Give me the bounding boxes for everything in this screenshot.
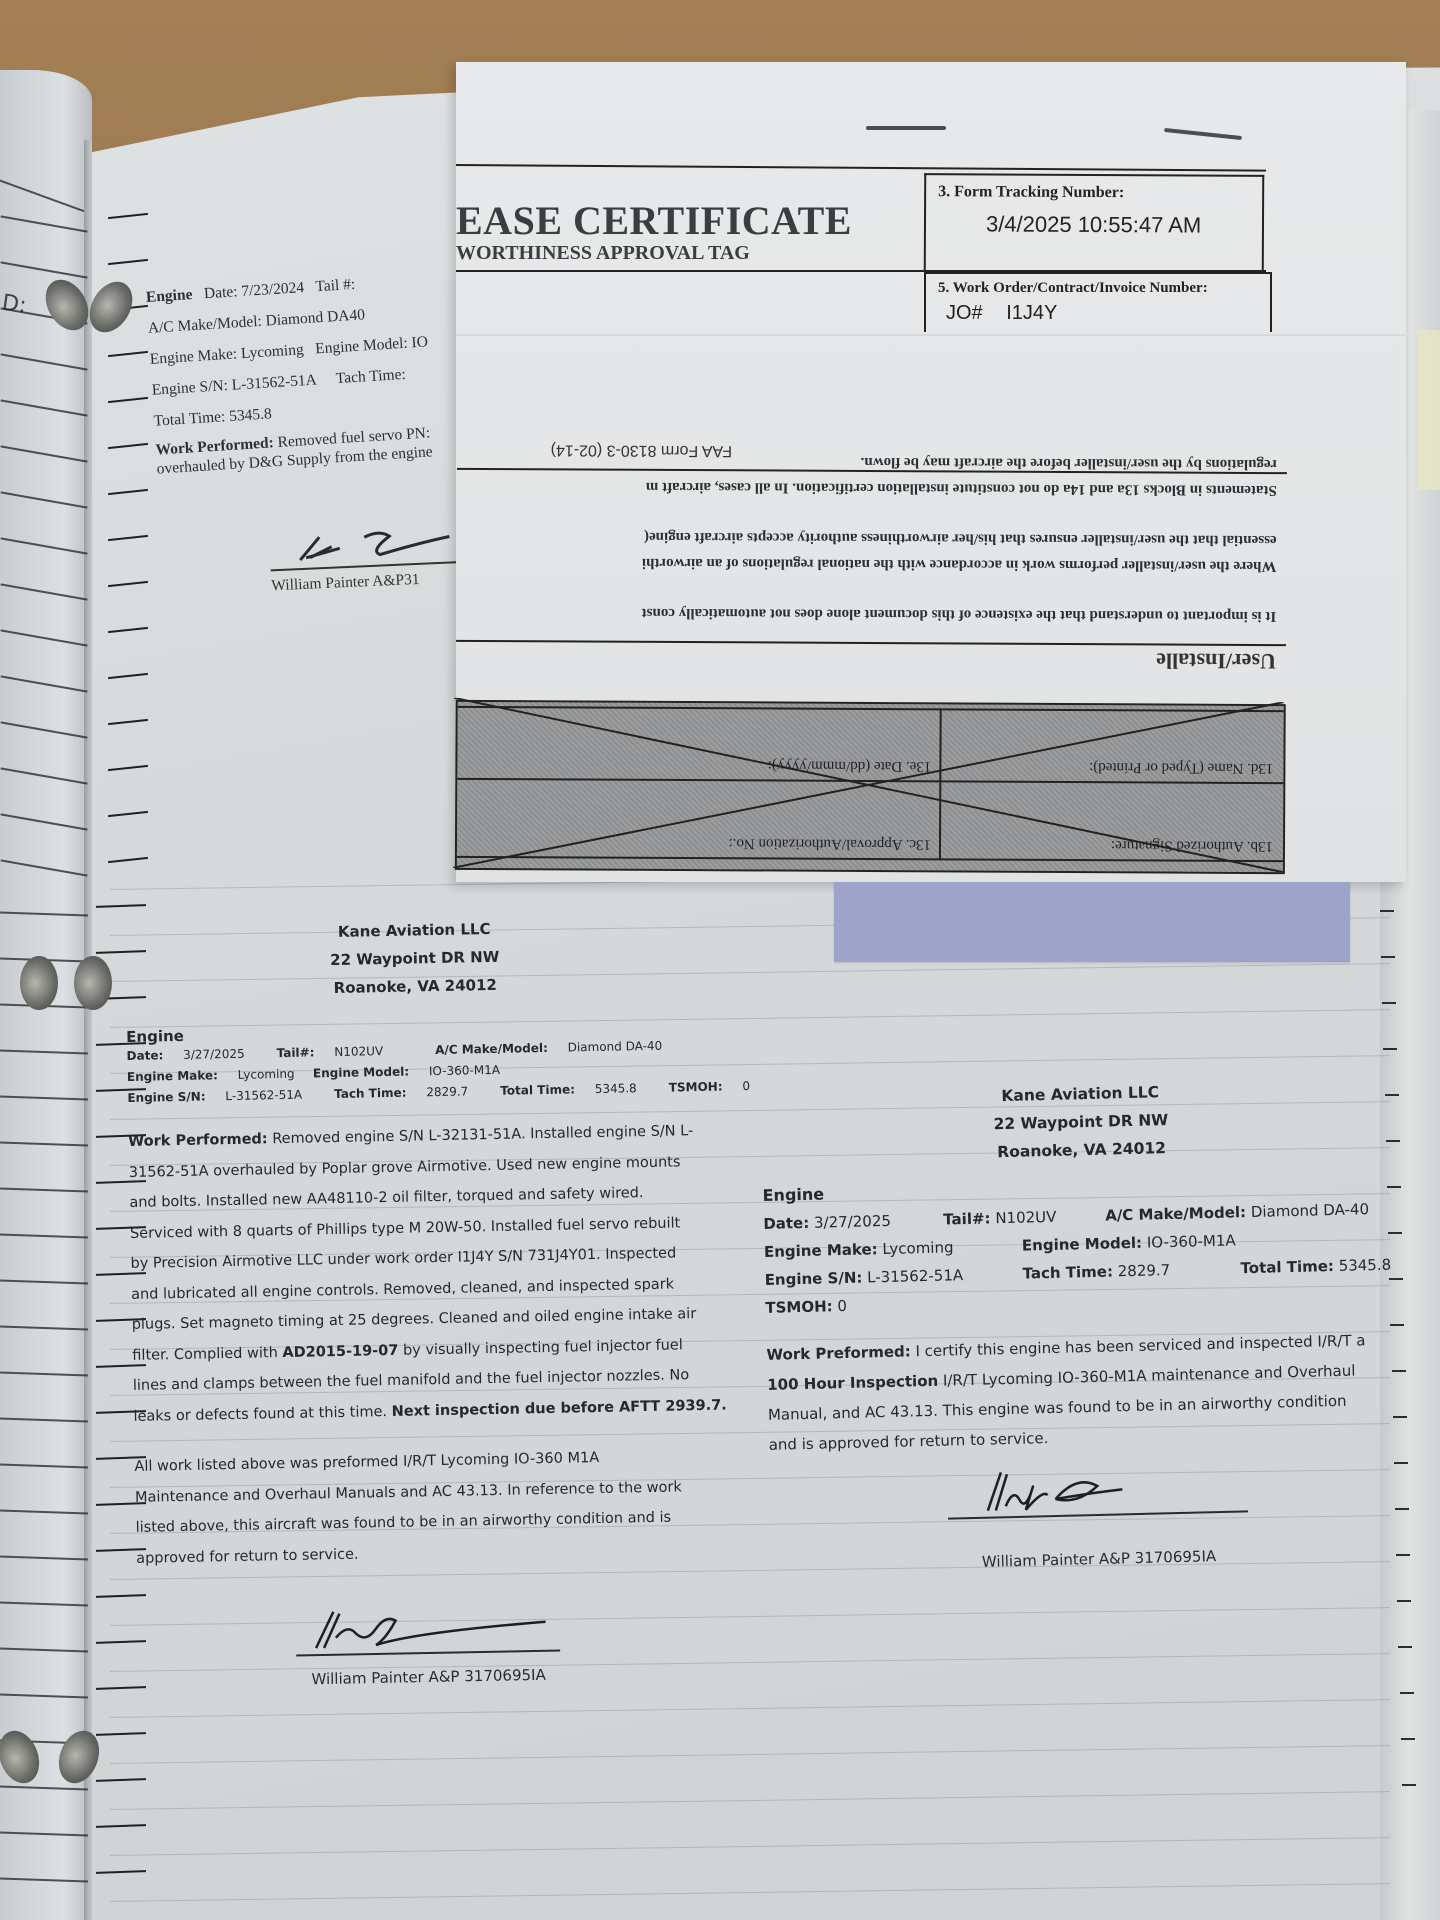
signature-block: William Painter A&P 3170695IA <box>295 1599 561 1688</box>
entry-aircraft-model: Diamond DA-40 <box>568 1039 663 1055</box>
margin-rule <box>1400 1692 1414 1694</box>
work-order-label: 5. Work Order/Contract/Invoice Number: <box>938 280 1208 297</box>
entry-engine-make: Engine Make: Lycoming <box>149 341 304 368</box>
work-order-block: 5. Work Order/Contract/Invoice Number: J… <box>924 272 1272 332</box>
entry-date: 3/27/2025 <box>814 1212 891 1232</box>
binder-ring-icon <box>20 956 58 1010</box>
signature-icon <box>268 511 470 570</box>
paper-fold <box>456 334 1406 336</box>
certificate-subtitle: WORTHINESS APPROVAL TAG <box>456 242 750 265</box>
entry-date: Date: 7/23/2024 <box>203 279 304 302</box>
next-inspection-due: Next inspection due before AFTT 2939.7. <box>392 1397 727 1419</box>
entry-total-time: 5345.8 <box>595 1081 637 1096</box>
entry-tail-number: N102UV <box>995 1208 1057 1227</box>
divider <box>866 126 946 130</box>
margin-rule <box>1402 1784 1416 1786</box>
notice-line: It is important to understand that the e… <box>446 599 1276 629</box>
blue-sticky-note <box>834 882 1350 962</box>
form-tracking-label: 3. Form Tracking Number: <box>938 183 1124 202</box>
margin-rule <box>1380 910 1394 912</box>
entry-tach-time: 2829.7 <box>1118 1261 1171 1280</box>
blocks-13-crossed-out: 13b. Authorized Signature: 13c. Approval… <box>455 700 1286 874</box>
entry-engine-model: Engine Model: IO <box>315 333 429 357</box>
block-13b-label: 13b. Authorized Signature: <box>1111 836 1273 854</box>
binder-ring-icon <box>74 956 112 1010</box>
block-13d-label: 13d. Name (Typed or Printed): <box>1089 758 1273 776</box>
form-tracking-block: 3. Form Tracking Number: 3/4/2025 10:55:… <box>924 173 1265 273</box>
logbook-entry-100-hour: Kane Aviation LLC 22 Waypoint DR NW Roan… <box>760 1072 1419 1460</box>
notice-line: Statements in Blocks 13a and 14a do not … <box>447 473 1277 503</box>
divider <box>456 640 1286 646</box>
logbook-entry-engine-install: Kane Aviation LLC 22 Waypoint DR NW Roan… <box>124 910 756 1574</box>
return-to-service-statement: All work listed above was preformed I/R/… <box>134 1440 756 1574</box>
signature-line <box>296 1649 560 1656</box>
entry-heading: Engine <box>145 286 192 306</box>
user-installer-notice: It is important to understand that the e… <box>446 447 1277 629</box>
sticky-tab <box>1418 330 1440 490</box>
notice-line: Where the user/installer performs work i… <box>446 549 1276 579</box>
certificate-title: EASE CERTIFICATE <box>456 197 852 244</box>
entry-tach-time: Tach Time: <box>335 366 406 387</box>
entry-tail-number: N102UV <box>334 1044 383 1059</box>
faa-8130-certificate: EASE CERTIFICATE WORTHINESS APPROVAL TAG… <box>456 62 1406 882</box>
margin-rule <box>1395 1508 1409 1510</box>
entry-tail: Tail #: <box>315 276 356 295</box>
margin-rule <box>1401 1738 1415 1740</box>
entry-total-time: 5345.8 <box>1338 1256 1391 1275</box>
notice-line: essential that the user/installer ensure… <box>447 523 1277 553</box>
margin-rule <box>1394 1462 1408 1464</box>
page-field-label: D: <box>0 290 28 318</box>
entry-aircraft-model: Diamond DA-40 <box>1251 1200 1370 1221</box>
work-performed: Work Performed: Removed engine S/N L-321… <box>128 1115 734 1431</box>
margin-rule <box>1381 956 1395 958</box>
entry-engine-make: Lycoming <box>882 1238 954 1258</box>
entry-tach-time: 2829.7 <box>426 1084 468 1099</box>
divider <box>456 164 1266 172</box>
entry-engine-model: IO-360-M1A <box>429 1063 500 1078</box>
divider <box>1164 128 1242 140</box>
certificate-back-upside-down: 13b. Authorized Signature: 13c. Approval… <box>455 430 1287 874</box>
entry-engine-sn: L-31562-51A <box>867 1266 963 1286</box>
signature-icon <box>295 1599 560 1650</box>
margin-rule <box>1398 1646 1412 1648</box>
entry-engine-model: IO-360-M1A <box>1147 1231 1236 1251</box>
ad-number: AD2015-19-07 <box>282 1342 398 1360</box>
work-performed: Work Preformed: I certify this engine ha… <box>766 1324 1419 1460</box>
entry-date: 3/27/2025 <box>183 1047 245 1062</box>
block-13e-label: 13e. Date (dd/mmm/yyyy): <box>768 756 932 774</box>
entry-engine-make: Lycoming <box>238 1067 295 1082</box>
binder-spine <box>84 140 92 1920</box>
rule-line <box>0 177 97 217</box>
signature-block: William Painter A&P 3170695IA <box>947 1460 1249 1571</box>
signature-icon <box>947 1460 1248 1513</box>
old-signature-block: William Painter A&P31 <box>268 511 471 596</box>
margin-rule <box>1396 1554 1410 1556</box>
entry-tsmoh: 0 <box>837 1297 847 1315</box>
margin-rule <box>1382 1002 1396 1004</box>
entry-engine-sn: L-31562-51A <box>225 1088 302 1103</box>
user-installer-heading: User/Installe <box>1156 647 1286 674</box>
margin-rule <box>1397 1600 1411 1602</box>
form-tracking-number: 3/4/2025 10:55:47 AM <box>986 211 1201 238</box>
inspection-type: 100 Hour Inspection <box>767 1372 938 1394</box>
work-order-number: JO# I1J4Y <box>946 302 1057 325</box>
form-number: FAA Form 8130-3 (02-14) <box>551 440 733 459</box>
entry-engine-sn: Engine S/N: L-31562-51A <box>151 371 317 398</box>
margin-rule <box>1383 1048 1397 1050</box>
block-13c-label: 13c. Approval/Authorization No.: <box>728 834 931 852</box>
old-logbook-entry: Engine Date: 7/23/2024 Tail #: A/C Make/… <box>145 261 487 478</box>
entry-tsmoh: 0 <box>742 1079 750 1093</box>
